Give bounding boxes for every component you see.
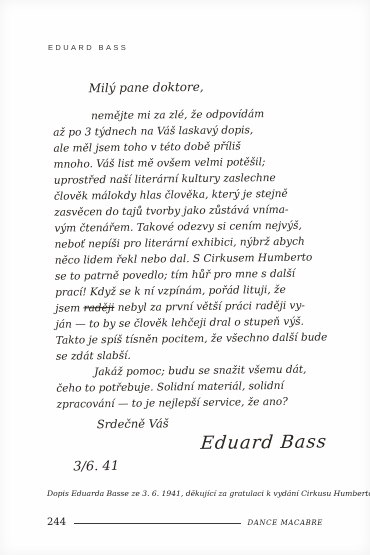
strike-pre-text: jsem xyxy=(55,302,83,314)
letter-line: Takto je spíš tísněn pocitem, že všechno… xyxy=(56,329,334,348)
letter-closing: Srdečně Váš xyxy=(97,414,335,431)
page-footer: 244 DANCE MACABRE xyxy=(47,517,323,528)
footer-rule-divider xyxy=(74,523,240,524)
handwritten-letter-facsimile: Milý pane doktore, nemějte mi za zlé, že… xyxy=(53,78,336,474)
letter-signature: Eduard Bass xyxy=(56,431,328,455)
struck-out-word: raději xyxy=(83,302,114,314)
book-page: EDUARD BASS Milý pane doktore, nemějte m… xyxy=(0,0,370,555)
letter-salutation: Milý pane doktore, xyxy=(89,78,331,95)
page-number: 244 xyxy=(47,517,66,528)
letter-line: Jakáž pomoc; budu se snažit všemu dát, xyxy=(56,361,334,380)
book-title: DANCE MACABRE xyxy=(248,519,323,527)
letter-date: 3/6. 41 xyxy=(73,456,335,474)
figure-caption: Dopis Eduarda Basse ze 3. 6. 1941, děkuj… xyxy=(47,489,337,498)
strike-post-text: nebyl za první větší práci raději vy- xyxy=(114,300,305,314)
letter-line: zpracování — to je nejlepší service, že … xyxy=(56,393,334,412)
letter-line: se to patrně povedlo; tím hůř pro mne s … xyxy=(55,265,333,284)
running-header-author: EDUARD BASS xyxy=(48,43,128,52)
